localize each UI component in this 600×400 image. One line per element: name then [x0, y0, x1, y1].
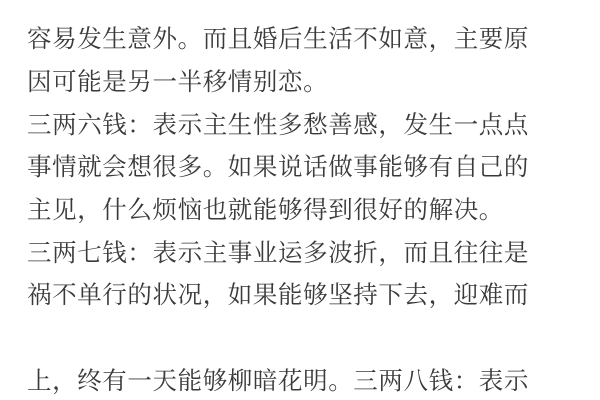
text-line-5: 主见，什么烦恼也就能够得到很好的解决。 [27, 195, 504, 225]
text-line-7: 祸不单行的状况，如果能够坚持下去，迎难而 [27, 280, 529, 310]
text-line-4: 事情就会想很多。如果说话做事能够有自己的 [27, 152, 529, 182]
text-line-6: 三两七钱：表示主事业运多波折，而且往往是 [27, 238, 529, 268]
text-line-1: 容易发生意外。而且婚后生活不如意，主要原 [27, 24, 529, 54]
text-line-8: 上，终有一天能够柳暗花明。三两八钱：表示 [27, 366, 529, 396]
text-line-2: 因可能是另一半移情别恋。 [27, 67, 328, 97]
article-page: 容易发生意外。而且婚后生活不如意，主要原 因可能是另一半移情别恋。 三两六钱：表… [0, 0, 600, 400]
text-line-3: 三两六钱：表示主生性多愁善感，发生一点点 [27, 110, 529, 140]
